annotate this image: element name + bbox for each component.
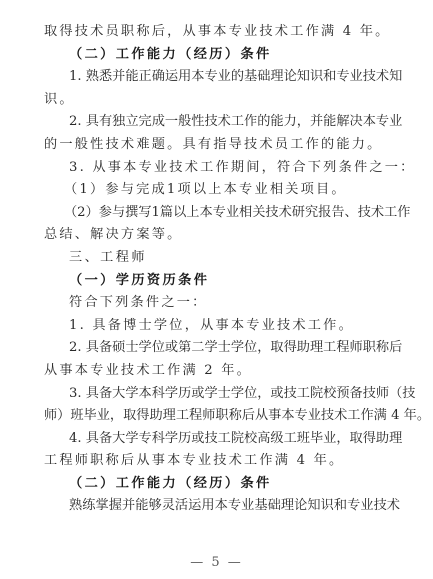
text-line: （1）参与完成1项以上本专业相关项目。 [44,179,400,202]
subheading-work-ability: （二）工作能力（经历）条件 [44,473,400,496]
text-line: 符合下列条件之一： [44,292,400,315]
document-page: 取得技术员职称后，从事本专业技术工作满 4 年。 （二）工作能力（经历）条件 1… [0,0,433,579]
text-line: 取得技术员职称后，从事本专业技术工作满 4 年。 [44,21,400,44]
text-line: （2）参与撰写1篇以上本专业相关技术研究报告、技术工作 [44,202,400,225]
text-line: 3. 从事本专业技术工作期间，符合下列条件之一： [44,157,400,180]
page-number: — 5 — [0,555,433,570]
text-line: 从事本专业技术工作满 2 年。 [44,360,400,383]
text-line: 2. 具有独立完成一般性技术工作的能力，并能解决本专业 [44,111,400,134]
document-body: 取得技术员职称后，从事本专业技术工作满 4 年。 （二）工作能力（经历）条件 1… [44,21,400,518]
text-line: 3. 具备大学本科学历或学士学位，或技工院校预备技师（技 [44,383,400,406]
text-line: 1. 具备博士学位，从事本专业技术工作。 [44,315,400,338]
text-line: 2. 具备硕士学位或第二学士学位，取得助理工程师职称后 [44,337,400,360]
text-line: 总结、解决方案等。 [44,224,400,247]
text-line: 的一般性技术难题。具有指导技术员工作的能力。 [44,134,400,157]
text-line: 工程师职称后从事本专业技术工作满 4 年。 [44,450,400,473]
text-line: 识。 [44,89,400,112]
subheading-education: （一）学历资历条件 [44,270,400,293]
subheading-work-ability: （二）工作能力（经历）条件 [44,44,400,67]
text-line: 熟练掌握并能够灵活运用本专业基础理论知识和专业技术 [44,495,400,518]
section-heading-engineer: 三、工程师 [44,247,400,270]
text-line: 4. 具备大学专科学历或技工院校高级工班毕业，取得助理 [44,428,400,451]
text-line: 师）班毕业，取得助理工程师职称后从事本专业技术工作满 4 年。 [44,405,400,428]
text-line: 1. 熟悉并能正确运用本专业的基础理论知识和专业技术知 [44,66,400,89]
